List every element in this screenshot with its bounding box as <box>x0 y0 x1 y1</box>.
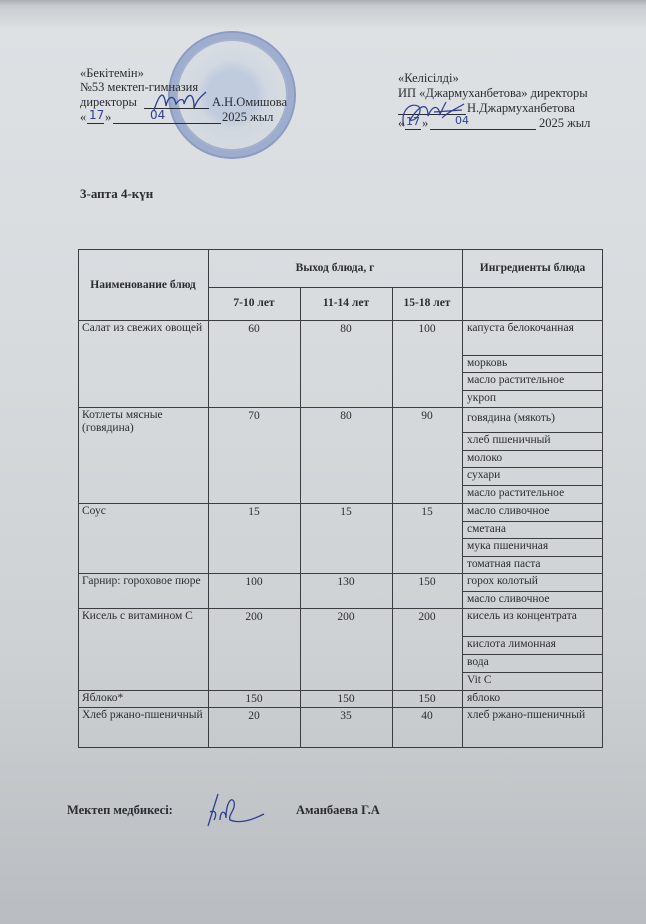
ingredient: масло растительное <box>467 374 600 387</box>
ingredient: кисель из концентрата <box>467 610 600 623</box>
dish-name: Соус <box>82 505 204 518</box>
dish-yield-value: 80 <box>300 410 392 423</box>
dish-yield-value: 150 <box>300 693 392 706</box>
ingredient: вода <box>467 656 600 669</box>
ingredient: яблоко <box>467 692 600 705</box>
table-rule <box>462 467 603 468</box>
approval-right-year: 2025 жыл <box>539 116 590 131</box>
dish-yield-value: 20 <box>208 710 300 723</box>
ingredient: томатная паста <box>467 558 600 571</box>
header-age-group: 7-10 лет <box>208 297 300 310</box>
table-rule <box>462 636 603 637</box>
dish-yield-value: 130 <box>300 576 392 589</box>
dish-yield-value: 60 <box>208 323 300 336</box>
ingredient: масло растительное <box>467 487 600 500</box>
table-rule <box>462 654 603 655</box>
header-age-group: 11-14 лет <box>300 297 392 310</box>
table-rule <box>462 390 603 391</box>
table-rule <box>462 591 603 592</box>
table-rule <box>78 690 603 691</box>
director-signature <box>398 96 470 132</box>
table-rule <box>78 320 603 321</box>
dish-yield-value: 15 <box>208 506 300 519</box>
dish-yield-value: 70 <box>208 410 300 423</box>
dish-yield-value: 150 <box>208 693 300 706</box>
dish-yield-value: 150 <box>392 576 462 589</box>
table-rule <box>78 407 603 408</box>
approval-left-date-sep: » <box>105 110 111 125</box>
director-signature <box>150 88 208 114</box>
table-rule <box>78 573 603 574</box>
dish-name: Яблоко* <box>82 692 204 705</box>
table-rule <box>78 707 603 708</box>
table-rule <box>78 608 603 609</box>
dish-yield-value: 15 <box>392 506 462 519</box>
approval-left-year: 2025 жыл <box>222 110 273 125</box>
dish-yield-value: 200 <box>300 611 392 624</box>
table-rule <box>462 249 463 748</box>
approval-left-label: «Бекітемін» <box>80 66 144 81</box>
ingredient: хлеб ржано-пшеничный <box>467 709 600 722</box>
table-rule <box>462 556 603 557</box>
dish-name: Хлеб ржано-пшеничный <box>82 709 204 722</box>
ingredient: масло сливочное <box>467 593 600 606</box>
nurse-label: Мектеп медбикесі: <box>67 803 173 818</box>
dish-yield-value: 15 <box>300 506 392 519</box>
nurse-name: Аманбаева Г.А <box>296 803 380 818</box>
approval-left-date-open: « <box>80 110 86 125</box>
header-age-group: 15-18 лет <box>392 297 462 310</box>
dish-yield-value: 100 <box>208 576 300 589</box>
approval-left-day: 17 <box>89 108 104 123</box>
table-rule <box>208 287 603 288</box>
ingredient: молоко <box>467 452 600 465</box>
nurse-signature <box>200 790 266 830</box>
ingredient: масло сливочное <box>467 505 600 518</box>
ingredient: мука пшеничная <box>467 540 600 553</box>
ingredient: хлеб пшеничный <box>467 434 600 447</box>
dish-name: Кисель с витамином С <box>82 610 204 623</box>
ingredient: говядина (мякоть) <box>467 412 600 425</box>
dish-name: Котлеты мясные (говядина) <box>82 409 204 435</box>
document-title: 3-апта 4-күн <box>80 186 153 202</box>
approval-right-label: «Келісілді» <box>398 71 459 86</box>
ingredient: укроп <box>467 392 600 405</box>
ingredient: кислота лимонная <box>467 638 600 651</box>
dish-name: Салат из свежих овощей <box>82 322 204 335</box>
header-yield: Выход блюда, г <box>208 262 462 275</box>
dish-yield-value: 100 <box>392 323 462 336</box>
dish-name: Гарнир: гороховое пюре <box>82 575 204 588</box>
approval-left-name: А.Н.Омишова <box>212 95 287 110</box>
day-underline <box>87 123 104 124</box>
table-rule <box>462 538 603 539</box>
dish-yield-value: 35 <box>300 710 392 723</box>
ingredient: горох колотый <box>467 575 600 588</box>
dish-yield-value: 200 <box>392 611 462 624</box>
ingredient: сметана <box>467 523 600 536</box>
header-dish: Наименование блюд <box>78 279 208 292</box>
month-underline <box>113 123 221 124</box>
table-rule <box>462 672 603 673</box>
ingredient: капуста белокочанная <box>467 322 600 335</box>
header-ingredients: Ингредиенты блюда <box>462 262 603 275</box>
table-rule <box>462 372 603 373</box>
table-rule <box>78 503 603 504</box>
table-rule <box>462 450 603 451</box>
dish-yield-value: 90 <box>392 410 462 423</box>
dish-yield-value: 200 <box>208 611 300 624</box>
table-rule <box>462 485 603 486</box>
dish-yield-value: 80 <box>300 323 392 336</box>
table-rule <box>462 355 603 356</box>
dish-yield-value: 150 <box>392 693 462 706</box>
approval-right-name: Н.Джармуханбетова <box>467 101 575 116</box>
table-rule <box>462 432 603 433</box>
table-rule <box>462 521 603 522</box>
dish-yield-value: 40 <box>392 710 462 723</box>
ingredient: Vit C <box>467 674 600 687</box>
ingredient: морковь <box>467 357 600 370</box>
ingredient: сухари <box>467 469 600 482</box>
